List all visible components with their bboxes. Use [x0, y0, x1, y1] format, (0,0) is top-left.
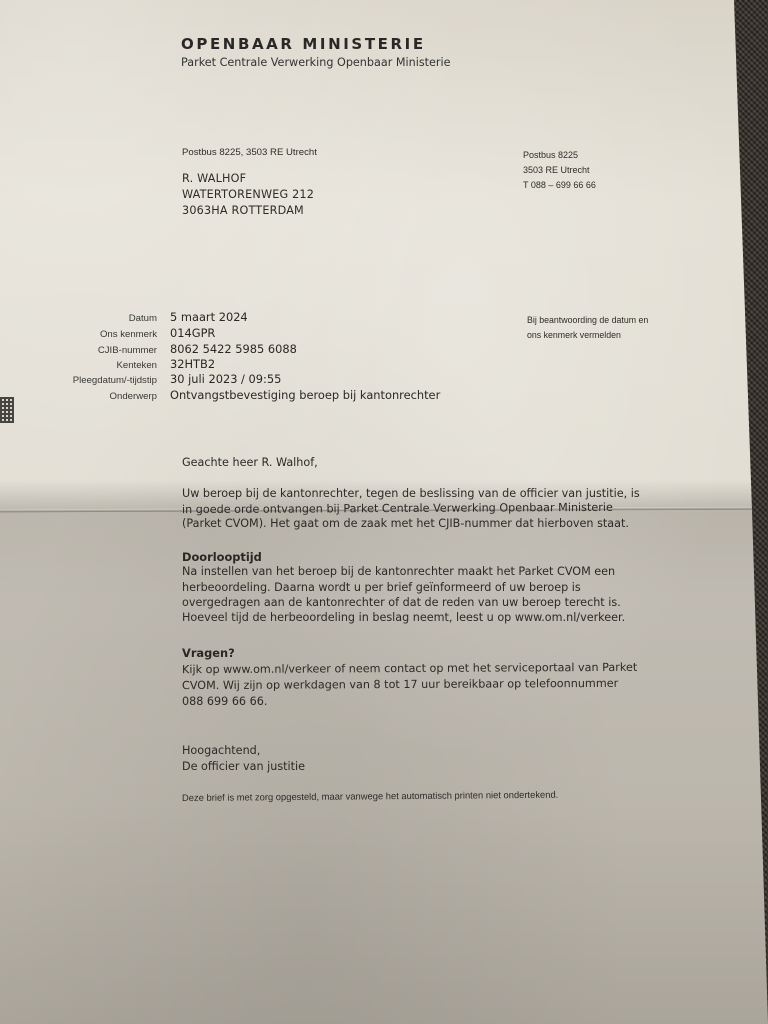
meta-value: 014GPR — [170, 326, 215, 340]
meta-value: Ontvangstbevestiging beroep bij kantonre… — [170, 388, 440, 402]
section-line: Hoeveel tijd de herbeoordeling in beslag… — [182, 610, 625, 626]
letter-paper: OPENBAAR MINISTERIE Parket Centrale Verw… — [0, 0, 768, 1024]
reference-note-line-1: Bij beantwoording de datum en — [527, 315, 648, 325]
department-name: Parket Centrale Verwerking Openbaar Mini… — [181, 56, 451, 69]
return-address: Postbus 8225, 3503 RE Utrecht — [182, 147, 317, 158]
salutation: Geachte heer R. Walhof, — [182, 455, 318, 471]
meta-row-date: Datum 5 maart 2024 — [65, 310, 248, 326]
intro-line: (Parket CVOM). Het gaat om de zaak met h… — [182, 516, 629, 532]
meta-value: 30 juli 2023 / 09:55 — [170, 372, 281, 386]
reference-note-line-2: ons kenmerk vermelden — [527, 330, 621, 340]
meta-value: 5 maart 2024 — [170, 310, 248, 324]
recipient-street: WATERTORENWEG 212 — [182, 188, 314, 201]
footnote: Deze brief is met zorg opgesteld, maar v… — [182, 789, 558, 803]
section-line: CVOM. Wij zijn op werkdagen van 8 tot 17… — [182, 676, 618, 694]
section-line: overgedragen aan de kantonrechter of dat… — [182, 595, 621, 611]
meta-label: Onderwerp — [65, 391, 157, 402]
sender-po-box: Postbus 8225 — [523, 150, 578, 160]
meta-label: Ons kenmerk — [65, 329, 157, 340]
intro-line: in goede orde ontvangen bij Parket Centr… — [182, 500, 613, 518]
meta-value: 32HTB2 — [170, 357, 215, 371]
meta-row-reference: Ons kenmerk 014GPR — [65, 326, 215, 342]
meta-label: Kenteken — [65, 360, 157, 371]
meta-row-offense-datetime: Pleegdatum/-tijdstip 30 juli 2023 / 09:5… — [65, 372, 281, 388]
closing: Hoogachtend, — [182, 743, 260, 759]
meta-value: 8062 5422 5985 6088 — [170, 342, 297, 356]
organization-name: OPENBAAR MINISTERIE — [181, 35, 426, 53]
meta-label: Pleegdatum/-tijdstip — [65, 375, 157, 386]
section-line: Kijk op www.om.nl/verkeer of neem contac… — [182, 660, 637, 678]
sender-phone: T 088 – 699 66 66 — [523, 180, 596, 190]
signatory: De officier van justitie — [182, 759, 305, 775]
meta-row-license-plate: Kenteken 32HTB2 — [65, 357, 215, 373]
meta-label: CJIB-nummer — [65, 345, 157, 356]
meta-label: Datum — [65, 313, 157, 324]
section-line: Na instellen van het beroep bij de kanto… — [182, 564, 615, 580]
sender-postal-city: 3503 RE Utrecht — [523, 165, 590, 175]
section-line: herbeoordeling. Daarna wordt u per brief… — [182, 580, 581, 596]
meta-row-cjib-number: CJIB-nummer 8062 5422 5985 6088 — [65, 342, 297, 358]
section-heading: Doorlooptijd — [182, 550, 262, 564]
recipient-name: R. WALHOF — [182, 172, 246, 185]
datamatrix-code — [0, 397, 14, 423]
section-heading: Vragen? — [182, 646, 235, 660]
meta-row-subject: Onderwerp Ontvangstbevestiging beroep bi… — [65, 388, 440, 404]
section-line: 088 699 66 66. — [182, 694, 267, 710]
recipient-postal-city: 3063HA ROTTERDAM — [182, 204, 304, 217]
